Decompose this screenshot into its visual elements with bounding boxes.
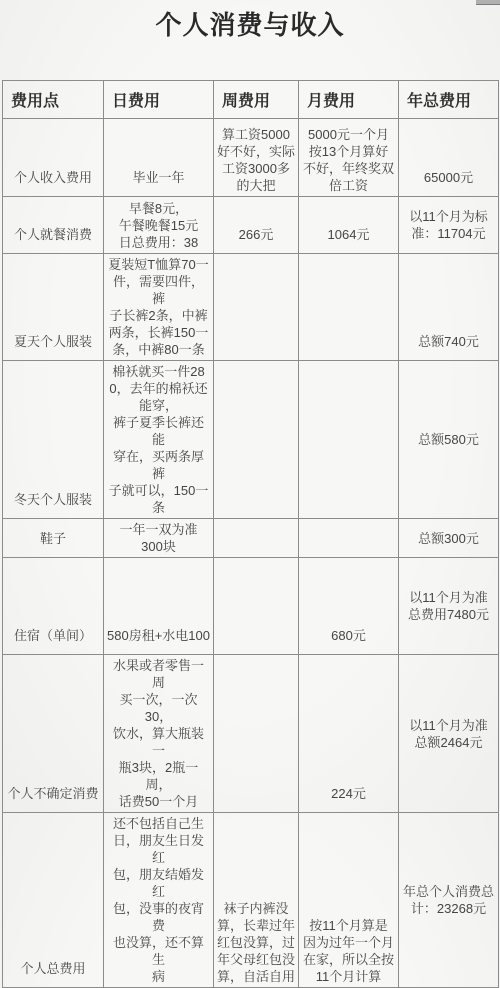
cell-expense-name: 个人就餐消费 [3,197,104,254]
cell-annual: 总额580元 [399,361,499,519]
header-row: 费用点 日费用 周费用 月费用 年总费用 [3,81,499,119]
table-row: 夏天个人服装 夏装短T恤算70一 件，需要四件，裤 子长裤2条，中裤 两条，长裤… [3,254,499,361]
column-header-expense-point: 费用点 [3,81,104,119]
cell-daily: 棉袄就买一件28 0，去年的棉袄还 能穿， 裤子夏季长裤还能 穿在，买两条厚裤 … [104,361,214,519]
cell-monthly [299,254,399,361]
cell-expense-name: 冬天个人服装 [3,361,104,519]
cell-annual: 以11个月为准 总费用7480元 [399,558,499,655]
cell-monthly: 224元 [299,655,399,813]
cell-annual: 65000元 [399,119,499,197]
cell-annual: 以11个月为标 准：11704元 [399,197,499,254]
table-row: 冬天个人服装 棉袄就买一件28 0，去年的棉袄还 能穿， 裤子夏季长裤还能 穿在… [3,361,499,519]
cell-weekly [214,254,299,361]
expense-table: 费用点 日费用 周费用 月费用 年总费用 个人收入费用 毕业一年 算工资5000… [2,80,499,812]
table-row: 鞋子 一年一双为准 300块 总额300元 [3,519,499,558]
cell-weekly [214,361,299,519]
cell-daily: 夏装短T恤算70一 件，需要四件，裤 子长裤2条，中裤 两条，长裤150一 条，… [104,254,214,361]
cell-expense-name: 个人收入费用 [3,119,104,197]
cell-annual: 总额740元 [399,254,499,361]
cell-monthly: 680元 [299,558,399,655]
cell-daily: 毕业一年 [104,119,214,197]
cell-daily: 一年一双为准 300块 [104,519,214,558]
column-header-daily-cost: 日费用 [104,81,214,119]
cell-daily: 早餐8元， 午餐晚餐15元 日总费用：38 [104,197,214,254]
column-header-monthly-cost: 月费用 [299,81,399,119]
cell-monthly: 1064元 [299,197,399,254]
table-row: 个人不确定消费 水果或者零售一周 买一次，一次30， 饮水，算大瓶装一 瓶3块，… [3,655,499,813]
cell-expense-name: 夏天个人服装 [3,254,104,361]
cell-monthly [299,519,399,558]
page-title: 个人消费与收入 [0,5,500,42]
cell-monthly: 5000元一个月 按13个月算好 不好，年终奖双 倍工资 [299,119,399,197]
table-row: 个人收入费用 毕业一年 算工资5000 好不好，实际 工资3000多 的大把 5… [3,119,499,197]
cell-expense-name: 住宿（单间） [3,558,104,655]
column-header-weekly-cost: 周费用 [214,81,299,119]
cell-monthly [299,361,399,519]
cell-weekly [214,655,299,813]
cell-expense-name: 个人不确定消费 [3,655,104,813]
table-row: 住宿（单间） 580房租+水电100 680元 以11个月为准 总费用7480元 [3,558,499,655]
table-row: 个人就餐消费 早餐8元， 午餐晚餐15元 日总费用：38 266元 1064元 … [3,197,499,254]
cell-weekly: 266元 [214,197,299,254]
cell-daily: 580房租+水电100 [104,558,214,655]
cell-annual: 总额300元 [399,519,499,558]
cell-weekly [214,519,299,558]
cell-annual: 以11个月为准 总额2464元 [399,655,499,813]
cell-expense-name: 鞋子 [3,519,104,558]
cell-daily: 水果或者零售一周 买一次，一次30， 饮水，算大瓶装一 瓶3块，2瓶一周， 话费… [104,655,214,813]
cell-weekly [214,558,299,655]
column-header-annual-cost: 年总费用 [399,81,499,119]
cell-weekly: 算工资5000 好不好，实际 工资3000多 的大把 [214,119,299,197]
